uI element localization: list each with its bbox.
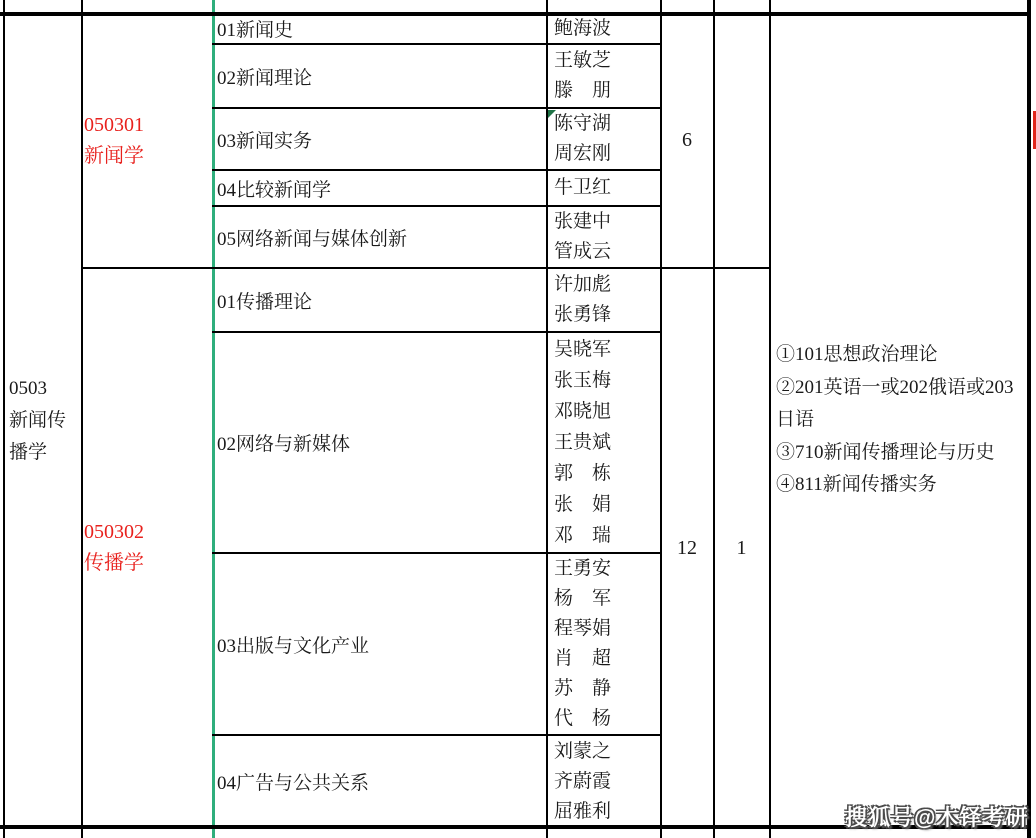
extra-quota-cell: 1: [714, 268, 769, 828]
exam-subject-line: 日语: [776, 404, 814, 437]
direction-title: 03出版与文化产业: [217, 631, 369, 658]
supervisor-name: 郭 栋: [554, 458, 611, 489]
supervisor-name: 程琴娟: [554, 614, 611, 644]
major-cell-journalism: 050301 新闻学: [84, 13, 212, 268]
supervisors-cell: 王敏芝 滕 朋: [548, 44, 660, 108]
supervisors-cell: 陈守湖 周宏刚: [548, 108, 660, 170]
supervisor-name: 周宏刚: [554, 139, 611, 169]
direction-title: 03新闻实务: [217, 126, 312, 153]
direction-cell: 01新闻史: [215, 13, 545, 44]
discipline-name-line2: 播学: [9, 437, 47, 469]
direction-title: 04比较新闻学: [217, 175, 331, 202]
supervisor-name: 张 娟: [554, 489, 611, 520]
exam-subject-line: ③710新闻传播理论与历史: [776, 437, 995, 470]
supervisors-cell: 张建中 管成云: [548, 206, 660, 268]
extra-quota-value: 1: [737, 537, 747, 560]
admissions-table-screenshot: 0503 新闻传 播学 050301 新闻学 050302 传播学 01新闻史 …: [0, 0, 1036, 838]
direction-title: 01传播理论: [217, 287, 312, 314]
direction-cell: 02新闻理论: [215, 44, 545, 108]
direction-title: 02网络与新媒体: [217, 429, 350, 456]
supervisors-cell: 牛卫红: [548, 170, 660, 206]
exam-subject-line: ②201英语一或202俄语或203: [776, 372, 1014, 405]
supervisor-name: 管成云: [554, 237, 611, 267]
supervisor-name: 邓晓旭: [554, 396, 611, 427]
exam-subjects-cell: ①101思想政治理论 ②201英语一或202俄语或203 日语 ③710新闻传播…: [771, 13, 1027, 828]
direction-title: 02新闻理论: [217, 63, 312, 90]
supervisor-name: 王贵斌: [554, 427, 611, 458]
direction-cell: 03出版与文化产业: [215, 553, 545, 735]
direction-cell: 04广告与公共关系: [215, 735, 545, 828]
exam-subject-line: ④811新闻传播实务: [776, 469, 937, 502]
direction-title: 05网络新闻与媒体创新: [217, 224, 407, 251]
direction-cell: 03新闻实务: [215, 108, 545, 170]
major-code: 050301: [84, 110, 144, 141]
major-name: 传播学: [84, 548, 144, 579]
quota-cell-journalism: 6: [661, 13, 713, 268]
watermark: 搜狐号@木铎考研: [845, 801, 1028, 832]
direction-cell: 05网络新闻与媒体创新: [215, 206, 545, 268]
direction-cell: 04比较新闻学: [215, 170, 545, 206]
supervisor-name: 王勇安: [554, 554, 611, 584]
supervisor-name: 代 杨: [554, 704, 611, 734]
discipline-cell: 0503 新闻传 播学: [5, 13, 81, 828]
supervisor-name: 滕 朋: [554, 76, 611, 106]
supervisors-cell: 吴晓军 张玉梅 邓晓旭 王贵斌 郭 栋 张 娟 邓 瑞: [548, 332, 660, 553]
discipline-name-line1: 新闻传: [9, 405, 66, 437]
quota-value: 6: [682, 129, 692, 152]
supervisor-name: 苏 静: [554, 674, 611, 704]
major-cell-communication: 050302 传播学: [84, 268, 212, 828]
supervisor-name: 屈雅利: [554, 797, 611, 827]
supervisor-name: 杨 军: [554, 584, 611, 614]
supervisors-cell: 王勇安 杨 军 程琴娟 肖 超 苏 静 代 杨: [548, 553, 660, 735]
supervisor-name: 陈守湖: [554, 109, 611, 139]
supervisors-cell: 鲍海波: [548, 13, 660, 44]
major-code: 050302: [84, 517, 144, 548]
supervisor-name: 许加彪: [554, 270, 611, 300]
major-name: 新闻学: [84, 141, 144, 172]
supervisor-name: 肖 超: [554, 644, 611, 674]
supervisor-name: 牛卫红: [554, 173, 611, 203]
supervisors-cell: 刘蒙之 齐蔚霞 屈雅利: [548, 735, 660, 828]
grid-vline-outer-right: [1027, 0, 1031, 838]
supervisor-name: 张玉梅: [554, 365, 611, 396]
discipline-code: 0503: [9, 373, 47, 405]
grid-vline-col1: [81, 0, 83, 838]
quota-value: 12: [677, 537, 697, 560]
quota-cell-communication: 12: [661, 268, 713, 828]
supervisors-cell: 许加彪 张勇锋: [548, 268, 660, 332]
direction-title: 04广告与公共关系: [217, 768, 369, 795]
supervisor-name: 鲍海波: [554, 14, 611, 44]
supervisor-name: 张勇锋: [554, 300, 611, 330]
direction-title: 01新闻史: [217, 15, 293, 42]
supervisor-name: 吴晓军: [554, 334, 611, 365]
direction-cell: 02网络与新媒体: [215, 332, 545, 553]
supervisor-name: 邓 瑞: [554, 520, 611, 551]
direction-cell: 01传播理论: [215, 268, 545, 332]
supervisor-name: 刘蒙之: [554, 737, 611, 767]
supervisor-name: 张建中: [554, 207, 611, 237]
supervisor-name: 齐蔚霞: [554, 767, 611, 797]
exam-subject-line: ①101思想政治理论: [776, 339, 938, 372]
supervisor-name: 王敏芝: [554, 46, 611, 76]
